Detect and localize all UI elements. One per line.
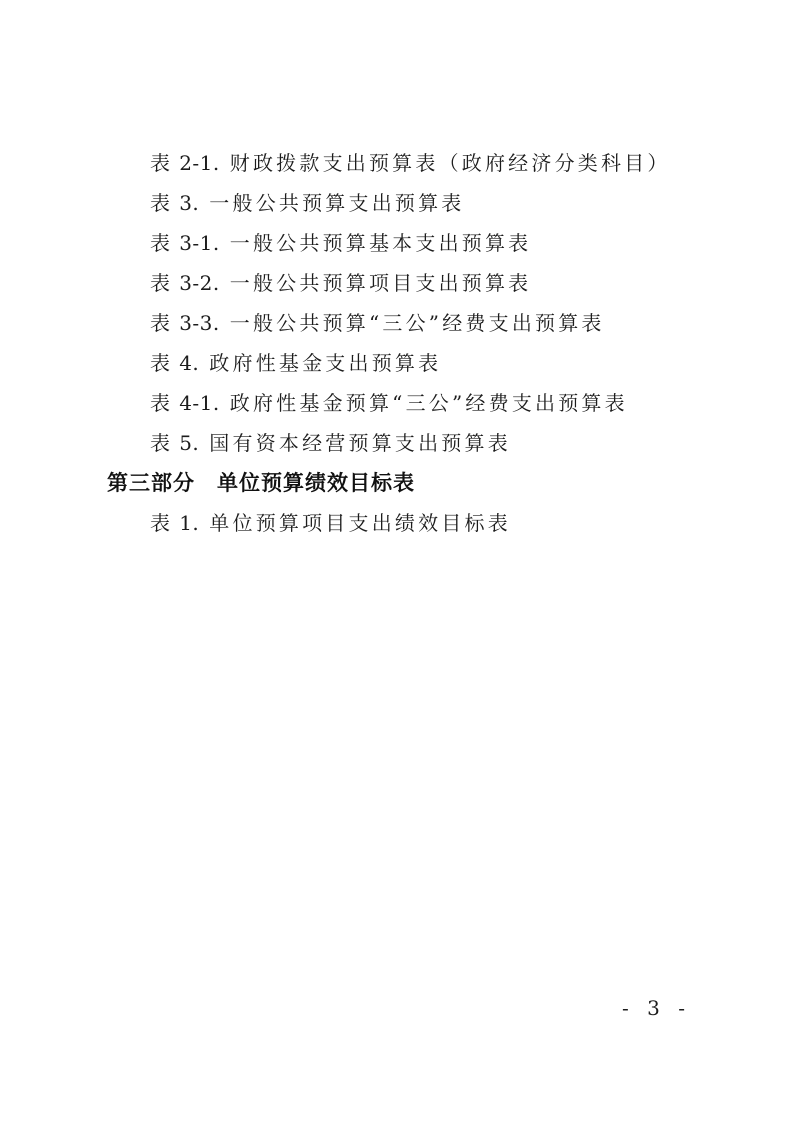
toc-number: 3-3. [179,311,220,335]
section-label: 第三部分 [107,471,195,495]
toc-number: 4-1. [179,391,220,415]
section-three-heading: 第三部分单位预算绩效目标表 [107,470,415,496]
toc-title: 国有资本经营预算支出预算表 [209,431,511,455]
toc-prefix: 表 [150,231,173,255]
toc-item-table-4-1: 表4-1.政府性基金预算“三公”经费支出预算表 [150,390,628,416]
section-title: 单位预算绩效目标表 [217,471,415,495]
toc-item-table-3: 表3.一般公共预算支出预算表 [150,190,465,216]
toc-item-table-3-2: 表3-2.一般公共预算项目支出预算表 [150,270,531,296]
toc-item-table-3-1: 表3-1.一般公共预算基本支出预算表 [150,230,531,256]
toc-item-table-3-3: 表3-3.一般公共预算“三公”经费支出预算表 [150,310,605,336]
toc-prefix: 表 [150,311,173,335]
toc-prefix: 表 [150,511,173,535]
toc-prefix: 表 [150,391,173,415]
toc-title: 一般公共预算基本支出预算表 [230,231,532,255]
toc-item-table-2-1: 表2-1.财政拨款支出预算表（政府经济分类科目） [150,150,671,176]
toc-number: 1. [179,511,199,535]
toc-title: 一般公共预算项目支出预算表 [230,271,532,295]
toc-number: 5. [179,431,199,455]
toc-number: 3-1. [179,231,220,255]
toc-title: 财政拨款支出预算表（政府经济分类科目） [230,151,671,175]
toc-title: 政府性基金预算“三公”经费支出预算表 [230,391,628,415]
toc-number: 3. [179,191,199,215]
toc-title: 一般公共预算支出预算表 [209,191,464,215]
toc-prefix: 表 [150,351,173,375]
page-number: - 3 - [622,996,691,1020]
toc-item-table-4: 表4.政府性基金支出预算表 [150,350,441,376]
toc-prefix: 表 [150,151,173,175]
toc-item-table-5: 表5.国有资本经营预算支出预算表 [150,430,511,456]
toc-prefix: 表 [150,271,173,295]
toc-title: 政府性基金支出预算表 [209,351,441,375]
toc-prefix: 表 [150,191,173,215]
toc-number: 2-1. [179,151,220,175]
toc-number: 4. [179,351,199,375]
toc-title: 一般公共预算“三公”经费支出预算表 [230,311,605,335]
document-page: 表2-1.财政拨款支出预算表（政府经济分类科目） 表3.一般公共预算支出预算表 … [0,0,793,1122]
toc-title: 单位预算项目支出绩效目标表 [209,511,511,535]
toc-prefix: 表 [150,431,173,455]
toc-number: 3-2. [179,271,220,295]
toc-item-section-three-table-1: 表1.单位预算项目支出绩效目标表 [150,510,511,536]
